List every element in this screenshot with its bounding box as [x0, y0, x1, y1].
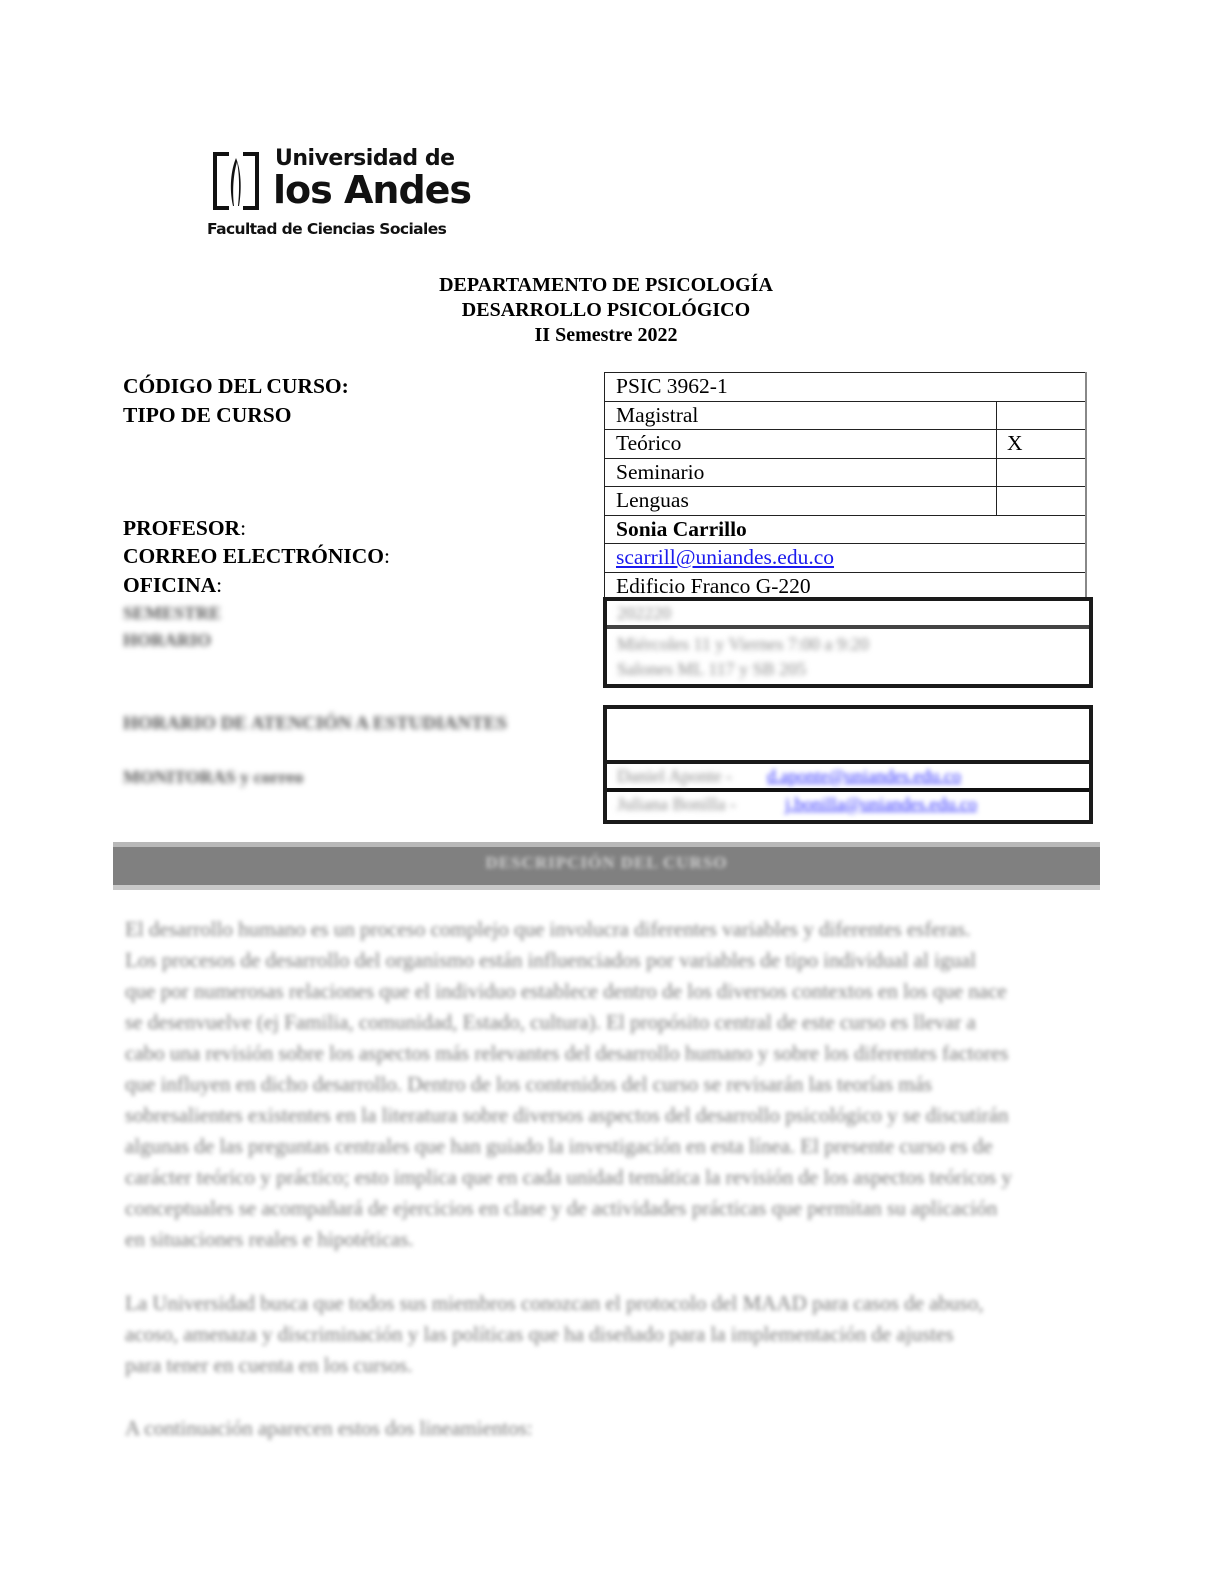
course-title: DESARROLLO PSICOLÓGICO [0, 298, 1212, 323]
colon: : [216, 573, 222, 597]
paragraph-line: en situaciones reales e hipotéticas. [125, 1224, 1135, 1255]
university-logo: Universidad de los Andes Facultad de Cie… [205, 146, 455, 241]
redacted-office-hours-box [603, 705, 1093, 763]
label-schedule-redacted: HORARIO [123, 630, 211, 651]
paragraph-line: conceptuales se acompañará de ejercicios… [125, 1193, 1135, 1224]
label-professor-text: PROFESOR [123, 516, 240, 540]
guidelines-intro-paragraph: A continuación aparecen estos dos lineam… [125, 1413, 1135, 1444]
table-row: Magistral [605, 401, 1087, 430]
document-header: DEPARTAMENTO DE PSICOLOGÍA DESARROLLO PS… [0, 273, 1212, 348]
course-type-label: Magistral [605, 401, 997, 430]
course-type-mark [997, 401, 1087, 430]
paragraph-line: se desenvuelve (ej Familia, comunidad, E… [125, 1007, 1135, 1038]
redacted-monitors-box: Daniel Aponte - d.aponte@uniandes.edu.co… [603, 760, 1093, 824]
table-row: Lenguas [605, 487, 1087, 516]
paragraph-line: que por numerosas relaciones que el indi… [125, 976, 1135, 1007]
colon: : [384, 544, 390, 568]
paragraph-line: La Universidad busca que todos sus miemb… [125, 1288, 1135, 1319]
table-row: Sonia Carrillo [605, 515, 1087, 544]
redacted-schedule-box: 202220 Miércoles 11 y Viernes 7:00 a 9:2… [603, 597, 1093, 688]
label-course-type: TIPO DE CURSO [123, 403, 291, 428]
label-email: CORREO ELECTRÓNICO: [123, 544, 390, 569]
label-professor: PROFESOR: [123, 516, 246, 541]
table-row: scarrill@uniandes.edu.co [605, 544, 1087, 573]
redacted-semester-value: 202220 [617, 603, 671, 624]
university-policy-paragraph: La Universidad busca que todos sus miemb… [125, 1288, 1135, 1381]
table-row: Teórico X [605, 430, 1087, 459]
redacted-schedule-line-1: Miércoles 11 y Viernes 7:00 a 9:20 [617, 634, 869, 655]
label-office-text: OFICINA [123, 573, 216, 597]
paragraph-line: acoso, amenaza y discriminación y las po… [125, 1319, 1135, 1350]
course-type-mark [997, 458, 1087, 487]
course-type-label: Teórico [605, 430, 997, 459]
email-cell: scarrill@uniandes.edu.co [605, 544, 1087, 573]
paragraph-line: carácter teórico y práctico; esto implic… [125, 1162, 1135, 1193]
course-description-paragraph: El desarrollo humano es un proceso compl… [125, 914, 1135, 1255]
monitor-2-name: Juliana Bonilla - [617, 794, 736, 815]
label-email-text: CORREO ELECTRÓNICO [123, 544, 384, 568]
label-course-code: CÓDIGO DEL CURSO: [123, 374, 349, 399]
paragraph-line: A continuación aparecen estos dos lineam… [125, 1413, 1135, 1444]
email-link[interactable]: scarrill@uniandes.edu.co [616, 545, 834, 569]
divider [607, 625, 1089, 629]
paragraph-line: algunas de las preguntas centrales que h… [125, 1131, 1135, 1162]
monitor-2-email-link[interactable]: j.bonilla@uniandes.edu.co [785, 794, 977, 815]
divider [607, 788, 1089, 792]
logo-los-andes: los Andes [273, 167, 471, 213]
label-semester-redacted: SEMESTRE [123, 603, 221, 624]
paragraph-line: sobresalientes existentes en la literatu… [125, 1100, 1135, 1131]
logo-faculty: Facultad de Ciencias Sociales [207, 220, 446, 238]
paragraph-line: El desarrollo humano es un proceso compl… [125, 914, 1135, 945]
table-row: Seminario [605, 458, 1087, 487]
uniandes-shield-icon [207, 148, 265, 216]
monitor-1-name: Daniel Aponte - [617, 766, 732, 787]
table-row: PSIC 3962-1 [605, 373, 1087, 402]
paragraph-line: para tener en cuenta en los cursos. [125, 1350, 1135, 1381]
paragraph-line: cabo una revisión sobre los aspectos más… [125, 1038, 1135, 1069]
label-monitors-redacted: MONITORAS y correo [123, 767, 303, 788]
course-info-table: PSIC 3962-1 Magistral Teórico X Seminari… [604, 372, 1087, 601]
course-type-label: Seminario [605, 458, 997, 487]
paragraph-line: Los procesos de desarrollo del organismo… [125, 945, 1135, 976]
paragraph-line: que influyen en dicho desarrollo. Dentro… [125, 1069, 1135, 1100]
department-title: DEPARTAMENTO DE PSICOLOGÍA [0, 273, 1212, 298]
redacted-schedule-line-2: Salones ML 117 y SB 205 [617, 659, 806, 680]
semester-title: II Semestre 2022 [0, 323, 1212, 348]
label-office: OFICINA: [123, 573, 222, 598]
monitor-1-email-link[interactable]: d.aponte@uniandes.edu.co [767, 766, 961, 787]
section-title: DESCRIPCIÓN DEL CURSO [113, 853, 1100, 873]
professor-value: Sonia Carrillo [605, 515, 1087, 544]
section-banner: DESCRIPCIÓN DEL CURSO [113, 842, 1100, 890]
course-type-mark: X [997, 430, 1087, 459]
course-code-value: PSIC 3962-1 [605, 373, 1087, 402]
label-office-hours-redacted: HORARIO DE ATENCIÓN A ESTUDIANTES [123, 713, 507, 735]
course-type-mark [997, 487, 1087, 516]
colon: : [240, 516, 246, 540]
course-type-label: Lenguas [605, 487, 997, 516]
